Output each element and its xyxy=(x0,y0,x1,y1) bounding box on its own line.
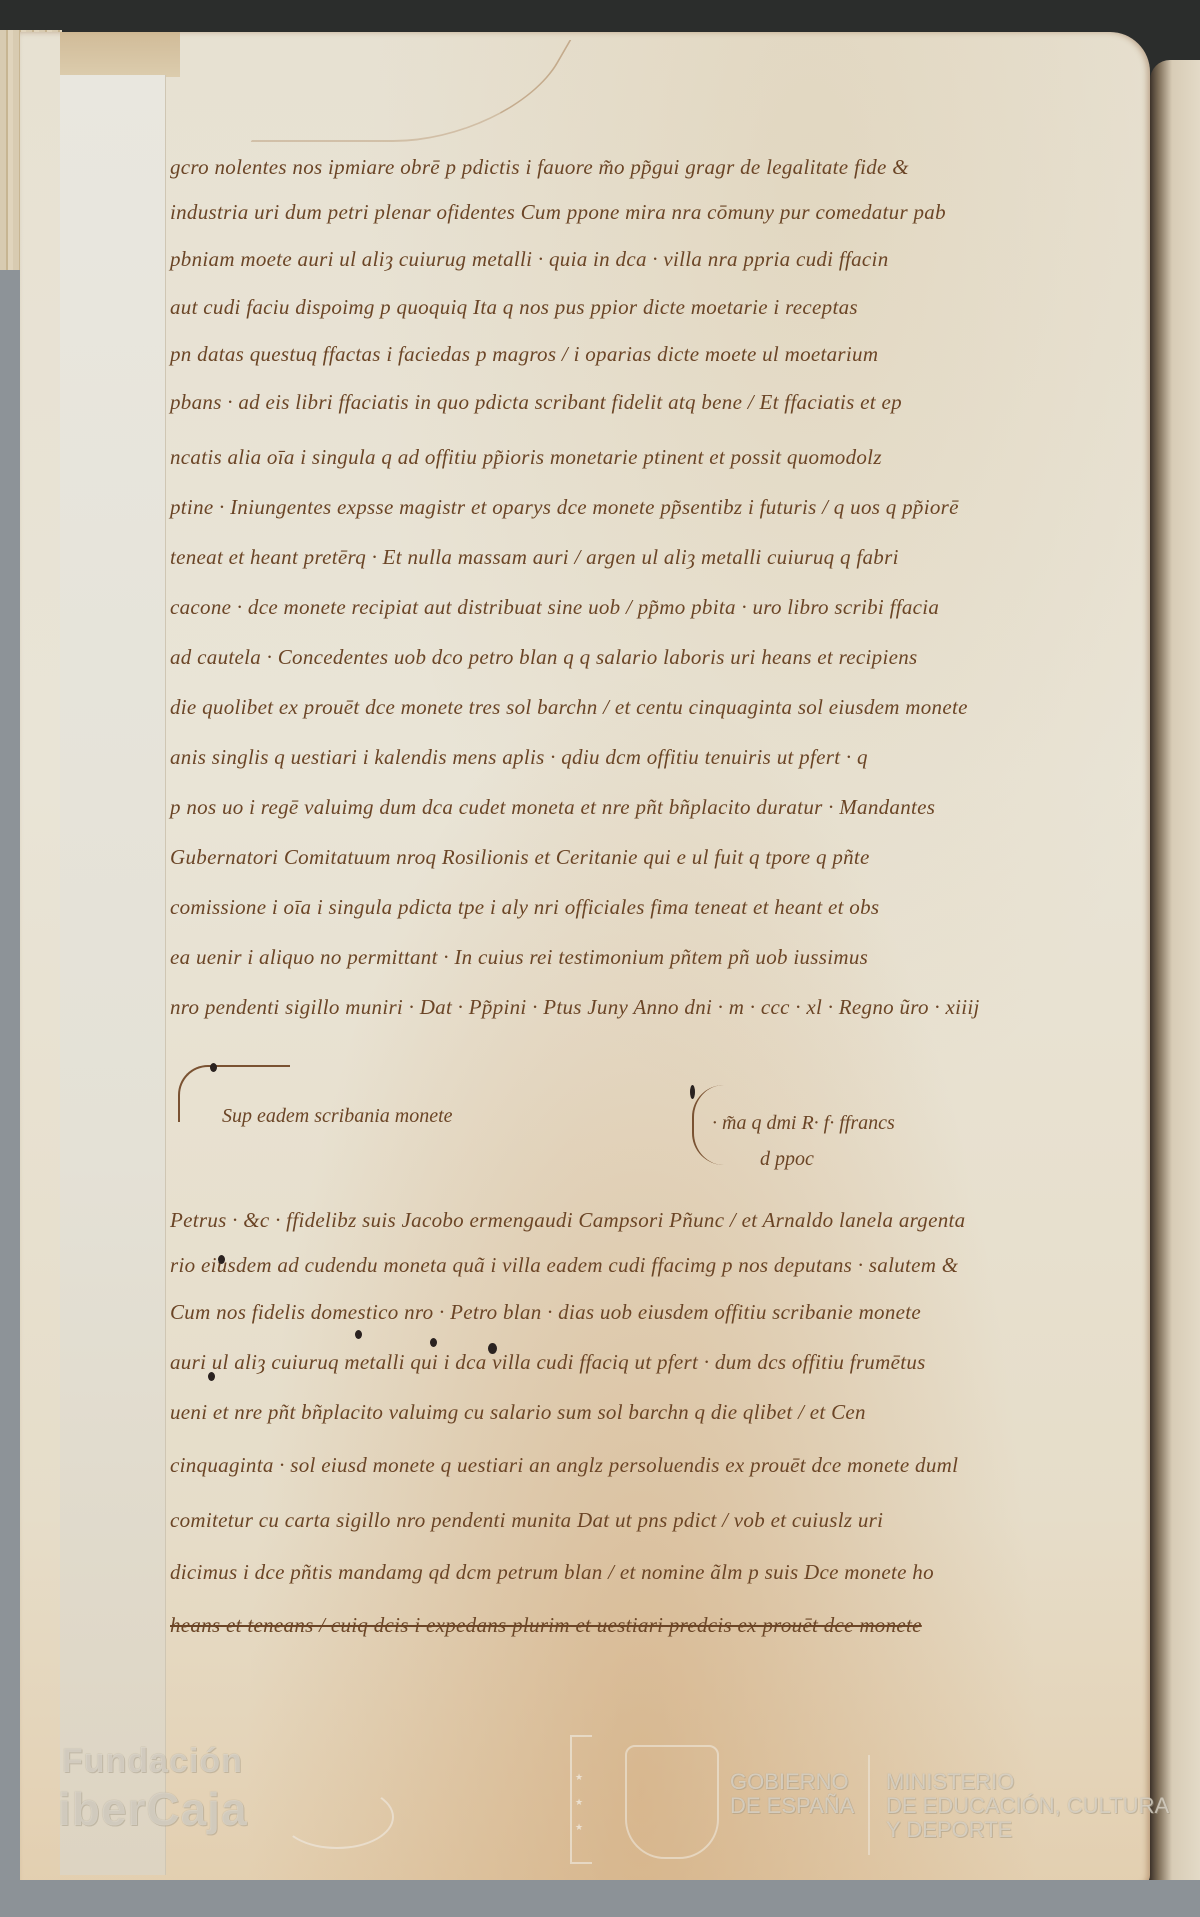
star-icon: ★ xyxy=(575,1822,583,1833)
manuscript-line: ad cautela · Concedentes uob dco petro b… xyxy=(170,645,918,670)
star-icon: ★ xyxy=(575,1772,583,1783)
facing-page xyxy=(1150,60,1200,1880)
watermark-divider xyxy=(868,1755,870,1855)
manuscript-line: ptine · Iniungentes expsse magistr et op… xyxy=(170,495,959,520)
restoration-paper-strip xyxy=(60,75,166,1875)
watermark-government: GOBIERNO DE ESPAÑA xyxy=(730,1770,854,1818)
ink-dot xyxy=(430,1338,437,1347)
manuscript-line: pn datas questuq ffactas i faciedas p ma… xyxy=(170,342,878,367)
manuscript-line: p nos uo i regē valuimg dum dca cudet mo… xyxy=(170,795,935,820)
signature-line-1: · m̃a q dmi R· f· ffrancs xyxy=(712,1112,895,1135)
manuscript-line: cinquaginta · sol eiusd monete q uestiar… xyxy=(170,1453,958,1478)
ink-dot xyxy=(355,1330,362,1339)
watermark-ministry: MINISTERIO DE EDUCACIÓN, CULTURA Y DEPOR… xyxy=(886,1770,1169,1842)
government-line-2: DE ESPAÑA xyxy=(730,1794,854,1818)
manuscript-line: die quolibet ex prouēt dce monete tres s… xyxy=(170,695,968,720)
spain-coat-of-arms-icon xyxy=(625,1745,719,1859)
manuscript-line: Gubernatori Comitatuum nroq Rosilionis e… xyxy=(170,845,870,870)
manuscript-line: pbniam moete auri ul aliȝ cuiurug metall… xyxy=(170,247,889,272)
ministry-line-2: DE EDUCACIÓN, CULTURA xyxy=(886,1794,1169,1818)
watermark-foundation-line-2: iberCaja xyxy=(58,1782,248,1836)
watermark-foundation-line-1: Fundación xyxy=(62,1742,243,1781)
manuscript-line: pbans · ad eis libri ffaciatis in quo pd… xyxy=(170,390,902,415)
star-icon: ★ xyxy=(575,1797,583,1808)
mounting-board-bottom xyxy=(0,1880,1200,1917)
ministry-line-1: MINISTERIO xyxy=(886,1770,1169,1794)
manuscript-line: nro pendenti sigillo muniri · Dat · Pp̃p… xyxy=(170,995,980,1020)
manuscript-line: teneat et heant pretērq · Et nulla massa… xyxy=(170,545,899,570)
manuscript-line: ea uenir i aliquo no permittant · In cui… xyxy=(170,945,868,970)
ink-dot xyxy=(690,1085,695,1099)
manuscript-line: ncatis alia oīa i singula q ad offitiu p… xyxy=(170,445,882,470)
manuscript-line: comissione i oīa i singula pdicta tpe i … xyxy=(170,895,879,920)
signature-line-2: d ppoc xyxy=(760,1148,814,1171)
manuscript-line: auri ul aliȝ cuiuruq metalli qui i dca v… xyxy=(170,1350,926,1375)
manuscript-line: Petrus · &c · ffidelibz suis Jacobo erme… xyxy=(170,1208,965,1233)
manuscript-line: ueni et nre pñt bñplacito valuimg cu sal… xyxy=(170,1400,866,1425)
manuscript-line: cacone · dce monete recipiat aut distrib… xyxy=(170,595,939,620)
manuscript-line: aut cudi faciu dispoimg p quoquiq Ita q … xyxy=(170,295,858,320)
manuscript-line: rio eiusdem ad cudendu moneta quã i vill… xyxy=(170,1253,958,1278)
manuscript-line-struck: heans et teneans / cuiq dcis i expedans … xyxy=(170,1613,922,1638)
left-marginal-note: Sup eadem scribania monete xyxy=(222,1105,453,1128)
ink-dot xyxy=(210,1063,217,1072)
ibercaja-logo-icon xyxy=(280,1785,394,1849)
manuscript-line: industria uri dum petri plenar ofidentes… xyxy=(170,200,946,225)
manuscript-line: anis singlis q uestiari i kalendis mens … xyxy=(170,745,868,770)
manuscript-line: gcro nolentes nos ipmiare obrē p pdictis… xyxy=(170,155,909,180)
government-line-1: GOBIERNO xyxy=(730,1770,854,1794)
manuscript-line: dicimus i dce pñtis mandamg qd dcm petru… xyxy=(170,1560,934,1585)
manuscript-line: Cum nos fidelis domestico nro · Petro bl… xyxy=(170,1300,921,1325)
manuscript-line: comitetur cu carta sigillo nro pendenti … xyxy=(170,1508,883,1533)
parchment-stain xyxy=(60,32,180,77)
ink-dot xyxy=(208,1372,215,1381)
ministry-line-3: Y DEPORTE xyxy=(886,1818,1169,1842)
ink-dot xyxy=(218,1255,225,1264)
ink-dot xyxy=(488,1343,497,1354)
